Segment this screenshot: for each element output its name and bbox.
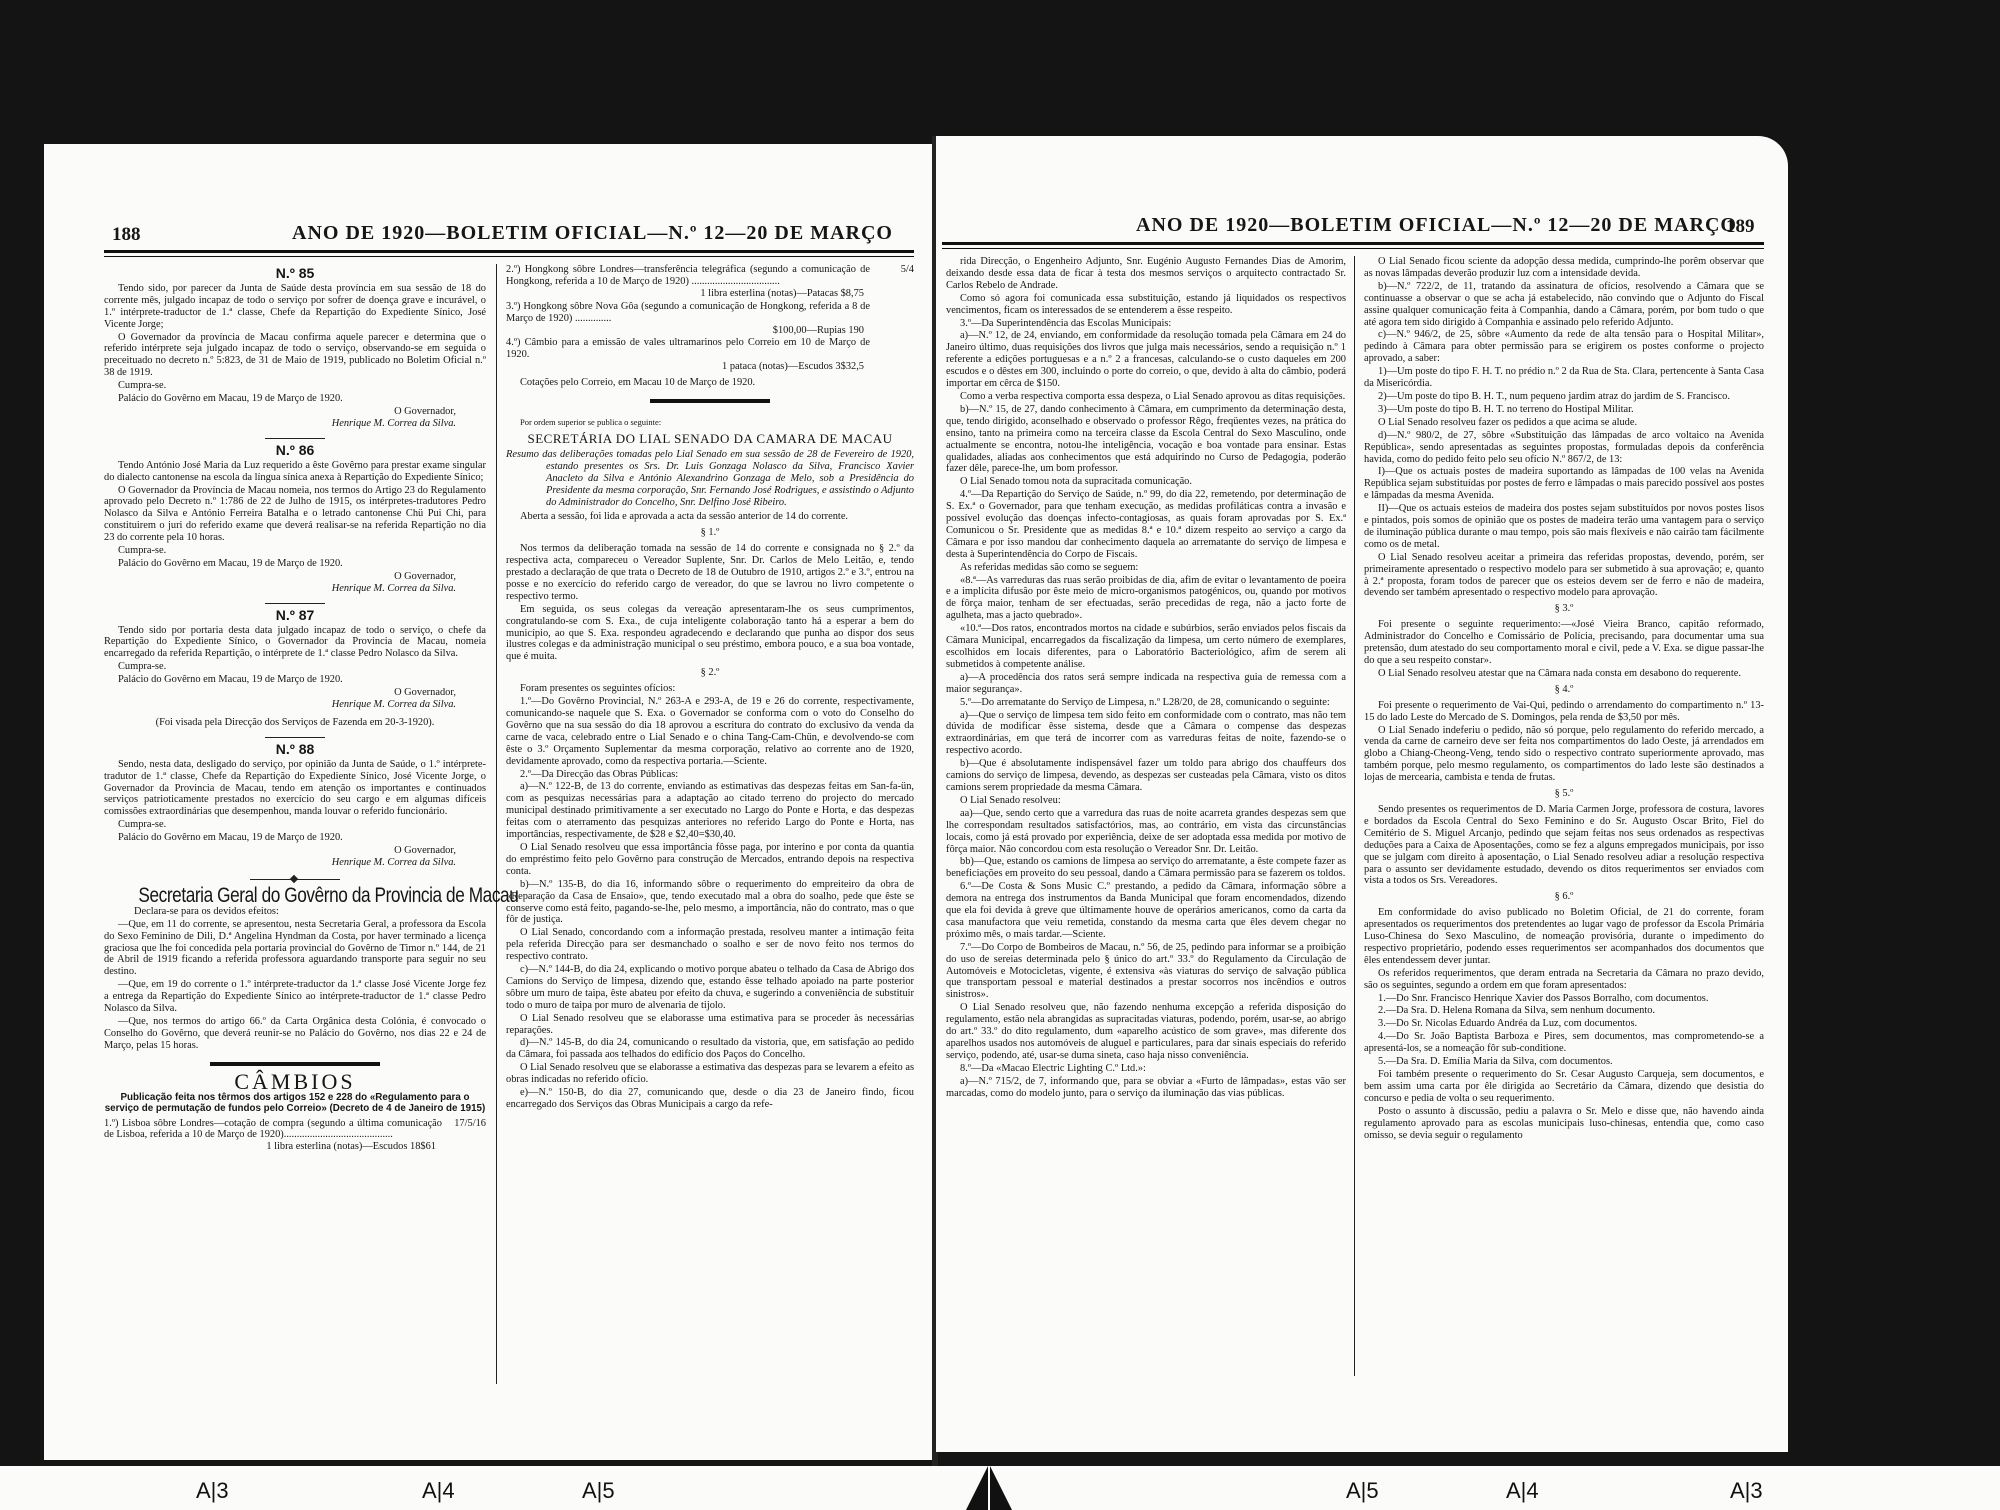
right-page-header: ANO DE 1920—BOLETIM OFICIAL—N.º 12—20 DE… [936, 214, 1788, 244]
page-number: 188 [112, 224, 141, 246]
paragraph: c)—N.º 946/2, de 25, sôbre «Aumento da r… [1364, 329, 1764, 365]
cambios-note: Publicação feita nos têrmos dos artigos … [104, 1092, 486, 1114]
paragraph: 5.º—Do arrematante do Serviço de Limpesa… [946, 697, 1346, 709]
paragraph: 1.º—Do Govêrno Provincial, N.º 263-A e 2… [506, 696, 914, 767]
thick-divider [210, 1062, 380, 1066]
film-marker: A|5 [582, 1478, 615, 1504]
center-arrow-right-icon [990, 1466, 1012, 1510]
exchange-sub: 1 libra esterlina (notas)—Escudos 18$61 [104, 1141, 486, 1153]
paragraph: a)—Que o serviço de limpesa tem sido fei… [946, 710, 1346, 758]
paragraph: bb)—Que, estando os camions de limpesa a… [946, 856, 1346, 880]
divider [265, 438, 325, 439]
paragraph: O Lial Senado tomou nota da supracitada … [946, 476, 1346, 488]
paragraph: d)—N.º 145-B, do dia 24, comunicando o r… [506, 1037, 914, 1061]
signature: O Governador,Henrique M. Correa da Silva… [104, 687, 486, 711]
paragraph: 3)—Um poste do tipo B. H. T. no terreno … [1364, 404, 1764, 416]
paragraph: Foi presente o requerimento de Vai-Qui, … [1364, 700, 1764, 724]
paragraph: aa)—Que, sendo certo que a varredura das… [946, 808, 1346, 856]
paragraph: Tendo sido, por parecer da Junta de Saúd… [104, 283, 486, 331]
paragraph: b)—N.º 135-B, do dia 16, informando sôbr… [506, 879, 914, 927]
paragraph: «10.ª—Dos ratos, encontrados mortos na c… [946, 623, 1346, 671]
cambios-section: CÂMBIOS Publicação feita nos têrmos dos … [104, 1076, 486, 1154]
paragraph: —Que, nos termos do artigo 66.º da Carta… [104, 1016, 486, 1052]
exchange-label: 3.º) Hongkong sôbre Nova Gôa (segundo a … [506, 301, 870, 325]
left-col-2: 2.º) Hongkong sôbre Londres—transferênci… [506, 264, 914, 1112]
column-divider [496, 264, 497, 1384]
paragraph: O Lial Senado resolveu aceitar a primeir… [1364, 552, 1764, 600]
paragraph: O Lial Senado resolveu que, não fazendo … [946, 1002, 1346, 1062]
film-marker: A|4 [1506, 1478, 1539, 1504]
exchange-sub: 1 libra esterlina (notas)—Patacas $8,75 [506, 288, 914, 300]
header-rule [942, 242, 1764, 249]
paragraph: Foram presentes os seguintes ofícios: [506, 683, 914, 695]
section-heading: § 4.º [1364, 684, 1764, 696]
paragraph: 3.º—Da Superintendência das Escolas Muni… [946, 318, 1346, 330]
paragraph: d)—N.º 980/2, de 27, sôbre «Substituição… [1364, 430, 1764, 466]
paragraph: Tendo António José Maria da Luz requerid… [104, 460, 486, 484]
paragraph: O Lial Senado, concordando com a informa… [506, 927, 914, 963]
paragraph: Como só agora foi comunicada essa substi… [946, 293, 1346, 317]
paragraph: II)—Que os actuais esteios de madeira do… [1364, 503, 1764, 551]
exchange-value: 5/4 [870, 264, 914, 288]
paragraph: e)—N.º 150-B, do dia 27, comunicando que… [506, 1087, 914, 1111]
paragraph: 1)—Um poste do tipo F. H. T. no prédio n… [1364, 366, 1764, 390]
paragraph: Nos termos da deliberação tomada na sess… [506, 543, 914, 603]
paragraph: «8.ª—As varreduras das ruas serão proibi… [946, 575, 1346, 623]
paragraph: c)—N.º 144-B, do dia 24, explicando o mo… [506, 964, 914, 1012]
paragraph: b)—N.º 722/2, de 11, tratando da assinat… [1364, 281, 1764, 329]
section-2: Foram presentes os seguintes ofícios:1.º… [506, 683, 914, 1111]
right-col-2: O Lial Senado ficou sciente da adopção d… [1364, 256, 1764, 1142]
paragraph: Aberta a sessão, foi lida e aprovada a a… [506, 511, 914, 523]
section-1: Nos termos da deliberação tomada na sess… [506, 543, 914, 663]
paragraph: O Lial Senado resolveu atestar que na Câ… [1364, 668, 1764, 680]
running-header: ANO DE 1920—BOLETIM OFICIAL—N.º 12—20 DE… [1136, 214, 1737, 237]
paragraph: 7.º—Do Corpo de Bombeiros de Macau, n.º … [946, 942, 1346, 1002]
decree-number: N.º 86 [104, 445, 486, 457]
exchange-row: 2.º) Hongkong sôbre Londres—transferênci… [506, 264, 914, 288]
left-col-1: N.º 85 Tendo sido, por parecer da Junta … [104, 264, 486, 1154]
decree-number: N.º 88 [104, 744, 486, 756]
microfilm-scan: 188 ANO DE 1920—BOLETIM OFICIAL—N.º 12—2… [0, 0, 2000, 1510]
paragraph: O Lial Senado resolveu que essa importân… [506, 842, 914, 878]
decree-85: N.º 85 Tendo sido, por parecer da Junta … [104, 268, 486, 430]
left-page: 188 ANO DE 1920—BOLETIM OFICIAL—N.º 12—2… [44, 144, 934, 1460]
paragraph: 2)—Um poste do tipo B. H. T., num pequen… [1364, 391, 1764, 403]
center-arrow-left-icon [966, 1466, 988, 1510]
signature: O Governador,Henrique M. Correa da Silva… [104, 406, 486, 430]
cambios-continued: 2.º) Hongkong sôbre Londres—transferênci… [506, 264, 914, 373]
section-heading: § 5.º [1364, 788, 1764, 800]
exchange-value: 17/5/16 [442, 1118, 486, 1142]
paragraph: a)—N.º 122-B, de 13 do corrente, enviand… [506, 781, 914, 841]
publication-order: Por ordem superior se publica o seguinte… [506, 417, 914, 429]
paragraph: Foi também presente o requerimento do Sr… [1364, 1069, 1764, 1105]
paragraph: 4.º—Da Repartição do Serviço de Saúde, n… [946, 489, 1346, 560]
paragraph: O Lial Senado ficou sciente da adopção d… [1364, 256, 1764, 280]
paragraph: —Que, em 11 do corrente, se apresentou, … [104, 919, 486, 979]
paragraph: Posto o assunto à discussão, pediu a pal… [1364, 1106, 1764, 1142]
cumpra: Cumpra-se. [104, 380, 486, 392]
header-rule [104, 250, 914, 257]
paragraph: Em conformidade do aviso publicado no Bo… [1364, 907, 1764, 967]
exchange-label: 4.º) Câmbio para a emissão de vales ultr… [506, 337, 870, 361]
paragraph: 2.º—Da Direcção das Obras Públicas: [506, 769, 914, 781]
cumpra: Cumpra-se. [104, 661, 486, 673]
film-marker: A|4 [422, 1478, 455, 1504]
cotacoes: Cotações pelo Correio, em Macau 10 de Ma… [506, 377, 914, 389]
paragraph: a)—N.º 715/2, de 7, informando que, para… [946, 1076, 1346, 1100]
paragraph: a)—N.º 12, de 24, enviando, em conformid… [946, 330, 1346, 390]
decree-number: N.º 85 [104, 268, 486, 280]
decree-number: N.º 87 [104, 610, 486, 622]
decree-86: N.º 86 Tendo António José Maria da Luz r… [104, 445, 486, 595]
paragraph: Como a verba respectiva comporta essa de… [946, 391, 1346, 403]
paragraph: Os referidos requerimentos, que deram en… [1364, 968, 1764, 992]
page-number: 189 [1726, 216, 1755, 238]
place-date: Palácio do Govêrno em Macau, 19 de Março… [104, 393, 486, 405]
right-col-1: rida Direcção, o Engenheiro Adjunto, Snr… [946, 256, 1346, 1101]
intro: Declara-se para os devidos efeitos: [104, 906, 486, 918]
paragraph: As referidas medidas são como se seguem: [946, 562, 1346, 574]
paragraph: O Lial Senado resolveu que se elaborasse… [506, 1062, 914, 1086]
film-marker: A|5 [1346, 1478, 1379, 1504]
film-marker: A|3 [196, 1478, 229, 1504]
decree-87: N.º 87 Tendo sido por portaria desta dat… [104, 610, 486, 729]
paragraph: Sendo, nesta data, desligado do serviço,… [104, 759, 486, 819]
right-page: ANO DE 1920—BOLETIM OFICIAL—N.º 12—20 DE… [936, 136, 1788, 1452]
section-heading: § 6.º [1364, 891, 1764, 903]
cumpra: Cumpra-se. [104, 545, 486, 557]
divider [265, 737, 325, 738]
exchange-label: 1.º) Lisboa sôbre Londres—cotação de com… [104, 1118, 442, 1142]
paragraph: —Que, em 19 do corrente o 1.º intérprete… [104, 979, 486, 1015]
paragraph: 8.º—Da «Macao Electric Lighting C.º Ltd.… [946, 1063, 1346, 1075]
signature: O Governador,Henrique M. Correa da Silva… [104, 845, 486, 869]
paragraph: O Lial Senado resolveu fazer os pedidos … [1364, 417, 1764, 429]
section-heading: § 3.º [1364, 603, 1764, 615]
paragraph: O Lial Senado resolveu que se elaborasse… [506, 1013, 914, 1037]
paragraph: b)—N.º 15, de 27, dando conhecimento à C… [946, 404, 1346, 475]
paragraph: a)—A procedência dos ratos será sempre i… [946, 672, 1346, 696]
left-page-header: 188 ANO DE 1920—BOLETIM OFICIAL—N.º 12—2… [44, 222, 934, 252]
paragraph: 3.—Do Sr. Nicolas Eduardo Andréa da Luz,… [1364, 1018, 1764, 1030]
exchange-value [870, 301, 914, 325]
visa-note: (Foi visada pela Direcção dos Serviços d… [104, 717, 486, 729]
paragraph: 1.—Do Snr. Francisco Henrique Xavier dos… [1364, 993, 1764, 1005]
paragraph: rida Direcção, o Engenheiro Adjunto, Snr… [946, 256, 1346, 292]
running-header: ANO DE 1920—BOLETIM OFICIAL—N.º 12—20 DE… [292, 222, 893, 245]
section-title: Secretaria Geral do Govêrno da Provincia… [138, 890, 451, 902]
paragraph: 6.º—De Costa & Sons Music C.º prestando,… [946, 881, 1346, 941]
ornament-divider [250, 879, 340, 880]
thick-divider [650, 399, 770, 403]
exchange-label: 2.º) Hongkong sôbre Londres—transferênci… [506, 264, 870, 288]
paragraph: b)—Que é absolutamente indispensável faz… [946, 758, 1346, 794]
section-heading: § 2.º [506, 667, 914, 679]
exchange-row: 3.º) Hongkong sôbre Nova Gôa (segundo a … [506, 301, 914, 325]
exchange-value [870, 337, 914, 361]
signature: O Governador,Henrique M. Correa da Silva… [104, 571, 486, 595]
exchange-row: 4.º) Câmbio para a emissão de vales ultr… [506, 337, 914, 361]
paragraph: O Governador da província de Macau confi… [104, 332, 486, 380]
paragraph: Foi presente o seguinte requerimento:—«J… [1364, 619, 1764, 667]
column-divider [1354, 256, 1355, 1376]
divider [265, 603, 325, 604]
place-date: Palácio do Govêrno em Macau, 19 de Março… [104, 558, 486, 570]
section-title: CÂMBIOS [104, 1076, 486, 1088]
place-date: Palácio do Govêrno em Macau, 19 de Março… [104, 832, 486, 844]
paragraph: O Governador da Província de Macau nomei… [104, 485, 486, 545]
session-summary: Resumo das deliberações tomadas pelo Lia… [506, 449, 914, 509]
place-date: Palácio do Govêrno em Macau, 19 de Março… [104, 674, 486, 686]
cumpra: Cumpra-se. [104, 819, 486, 831]
paragraph: Sendo presentes os requerimentos de D. M… [1364, 804, 1764, 887]
paragraph: I)—Que os actuais postes de madeira supo… [1364, 466, 1764, 502]
decree-88: N.º 88 Sendo, nesta data, desligado do s… [104, 744, 486, 869]
paragraph: 5.—Da Sra. D. Emília Maria da Silva, com… [1364, 1056, 1764, 1068]
paragraph: 2.—Da Sra. D. Helena Romana da Silva, se… [1364, 1005, 1764, 1017]
paragraph: 4.—Do Sr. João Baptista Barboza e Pires,… [1364, 1031, 1764, 1055]
leal-senado-title: SECRETÁRIA DO LIAL SENADO DA CAMARA DE M… [506, 433, 914, 445]
exchange-row: 1.º) Lisboa sôbre Londres—cotação de com… [104, 1118, 486, 1142]
film-marker: A|3 [1730, 1478, 1763, 1504]
secretaria-section: Secretaria Geral do Govêrno da Provincia… [104, 890, 486, 1052]
exchange-sub: 1 pataca (notas)—Escudos 3$32,5 [506, 361, 914, 373]
paragraph: O Lial Senado resolveu: [946, 795, 1346, 807]
paragraph: O Lial Senado indeferiu o pedido, não só… [1364, 725, 1764, 785]
paragraph: Em seguida, os seus colegas da vereação … [506, 604, 914, 664]
exchange-sub: $100,00—Rupias 190 [506, 325, 914, 337]
paragraph: Tendo sido por portaria desta data julga… [104, 625, 486, 661]
section-heading: § 1.º [506, 527, 914, 539]
